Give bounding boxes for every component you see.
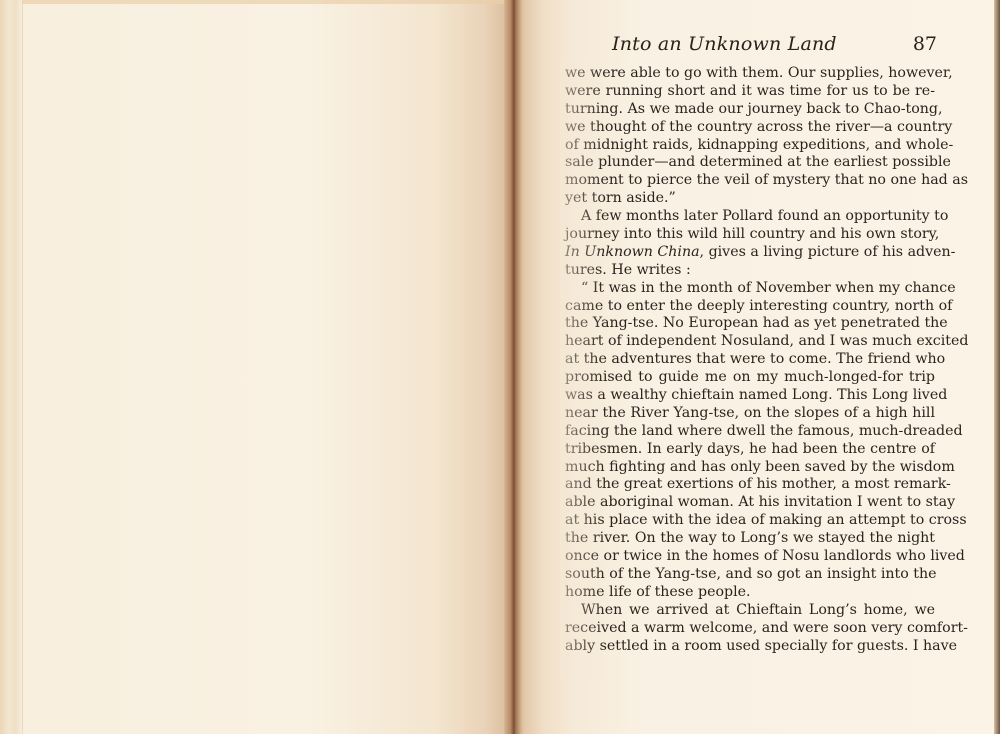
text-line: heart of independent Nosuland, and I was… — [565, 333, 935, 351]
left-page-edge — [0, 0, 23, 734]
page-number: 87 — [913, 33, 937, 55]
text-line: turning. As we made our journey back to … — [565, 101, 935, 119]
text-line: yet torn aside.” — [565, 190, 935, 208]
text-line: facing the land where dwell the famous, … — [565, 423, 935, 441]
text-line: came to enter the deeply interesting cou… — [565, 298, 935, 316]
text-line: In Unknown China, gives a living picture… — [565, 244, 935, 262]
text-line: at the adventures that were to come. The… — [565, 351, 935, 369]
text-line: tures. He writes : — [565, 262, 935, 280]
text-line: A few months later Pollard found an oppo… — [565, 208, 935, 226]
text-line: sale plunder—and determined at the earli… — [565, 154, 935, 172]
running-head: Into an Unknown Land 87 — [612, 33, 937, 59]
text-line: south of the Yang-tse, and so got an ins… — [565, 566, 935, 584]
text-line: were running short and it was time for u… — [565, 83, 935, 101]
left-page-blank — [0, 0, 510, 734]
text-line: near the River Yang-tse, on the slopes o… — [565, 405, 935, 423]
text-line: journey into this wild hill country and … — [565, 226, 935, 244]
text-line: much fighting and has only been saved by… — [565, 459, 935, 477]
line-text: , gives a living picture of his adven- — [700, 244, 956, 260]
book-spread: Into an Unknown Land 87 we were able to … — [0, 0, 1000, 734]
text-line: received a warm welcome, and were soon v… — [565, 620, 935, 638]
text-line: ably settled in a room used specially fo… — [565, 638, 935, 656]
text-line: tribesmen. In early days, he had been th… — [565, 441, 935, 459]
book-title-italic: In Unknown China — [565, 244, 700, 260]
right-page-edge — [994, 0, 1000, 734]
text-line: the river. On the way to Long’s we staye… — [565, 530, 935, 548]
body-text: we were able to go with them. Our suppli… — [565, 65, 935, 655]
text-line: able aboriginal woman. At his invitation… — [565, 494, 935, 512]
text-line: promised to guide me on my much-longed-f… — [565, 369, 935, 387]
text-line: at his place with the idea of making an … — [565, 512, 935, 530]
text-line: once or twice in the homes of Nosu landl… — [565, 548, 935, 566]
text-line: When we arrived at Chieftain Long’s home… — [565, 602, 935, 620]
text-line: “ It was in the month of November when m… — [565, 280, 935, 298]
text-line: the Yang-tse. No European had as yet pen… — [565, 315, 935, 333]
text-line: was a wealthy chieftain named Long. This… — [565, 387, 935, 405]
text-line: we were able to go with them. Our suppli… — [565, 65, 935, 83]
text-line: home life of these people. — [565, 584, 935, 602]
text-line: and the great exertions of his mother, a… — [565, 476, 935, 494]
text-line: of midnight raids, kidnapping expedition… — [565, 137, 935, 155]
book-gutter — [504, 0, 526, 734]
running-title: Into an Unknown Land — [612, 33, 837, 55]
text-line: we thought of the country across the riv… — [565, 119, 935, 137]
text-line: moment to pierce the veil of mystery tha… — [565, 172, 935, 190]
